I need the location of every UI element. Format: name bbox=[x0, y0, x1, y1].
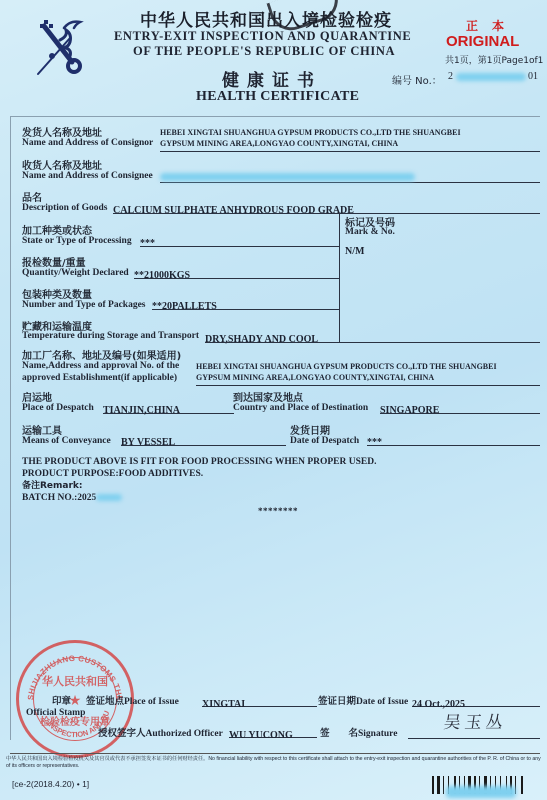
barcode-bar bbox=[517, 776, 520, 794]
consignee-field bbox=[160, 166, 540, 183]
frame-left-border bbox=[10, 116, 11, 740]
destination-field: SINGAPORE bbox=[380, 400, 540, 414]
conveyance-label-cn: 运输工具 bbox=[22, 422, 62, 437]
despatch-place-value: TIANJIN,CHINA bbox=[103, 405, 180, 416]
batch-number-label: BATCH NO.:2025 bbox=[22, 493, 96, 503]
establishment-value-line1: HEBEI XINGTAI SHUANGHUA GYPSUM PRODUCTS … bbox=[196, 361, 540, 372]
place-of-issue-value: XINGTAI bbox=[202, 699, 245, 710]
date-of-issue-field: 24 Oct.,2025 bbox=[412, 694, 540, 707]
temperature-value: DRY,SHADY AND COOL bbox=[205, 334, 318, 345]
despatch-place-label-cn: 启运地 bbox=[22, 389, 52, 404]
packages-value: **20PALLETS bbox=[152, 301, 217, 312]
description-value: CALCIUM SULPHATE ANHYDROUS FOOD GRADE bbox=[113, 205, 354, 216]
statement-fit-for-food: THE PRODUCT ABOVE IS FIT FOR FOOD PROCES… bbox=[22, 456, 376, 469]
conveyance-field: BY VESSEL bbox=[121, 432, 286, 446]
description-label-cn: 品名 bbox=[22, 189, 42, 204]
place-of-issue-label: 签证地点Place of Issue bbox=[86, 693, 179, 707]
footer-divider bbox=[10, 753, 540, 754]
establishment-field: HEBEI XINGTAI SHUANGHUA GYPSUM PRODUCTS … bbox=[196, 361, 540, 386]
certificate-title-cn: 健康证书 bbox=[222, 66, 322, 91]
authorized-officer-label: 授权签字人Authorized Officer bbox=[98, 725, 223, 739]
marks-label-en: Mark & No. bbox=[345, 227, 395, 237]
description-field: CALCIUM SULPHATE ANHYDROUS FOOD GRADE bbox=[113, 200, 540, 214]
authority-name-en-line2: OF THE PEOPLE'S REPUBLIC OF CHINA bbox=[133, 44, 395, 59]
liability-disclaimer: 中华人民共和国出入境检验检疫机关及其官员或代表不承担签发本证书的任何财经责任。N… bbox=[6, 756, 546, 770]
ciq-emblem-icon bbox=[30, 18, 88, 78]
consignee-label-cn: 收货人名称及地址 bbox=[22, 157, 102, 172]
despatch-place-field: TIANJIN,CHINA bbox=[103, 400, 234, 414]
packages-label-en: Number and Type of Packages bbox=[22, 300, 146, 310]
redacted-batch bbox=[96, 494, 122, 501]
processing-label-cn: 加工种类或状态 bbox=[22, 222, 92, 237]
establishment-label-en-line1: Name,Address and approval No. of the bbox=[22, 361, 179, 371]
authorized-officer-field: WU YUCONG bbox=[229, 725, 317, 738]
stamp-label-en: Official Stamp bbox=[26, 708, 85, 718]
processing-label-en: State or Type of Processing bbox=[22, 236, 132, 246]
establishment-label-cn: 加工厂名称、地址及编号(如果适用) bbox=[22, 347, 181, 362]
marks-divider bbox=[339, 214, 340, 342]
description-label-en: Description of Goods bbox=[22, 203, 108, 213]
consignor-label-en: Name and Address of Consignor bbox=[22, 138, 153, 148]
form-code: [ce-2(2018.4.20) • 1] bbox=[12, 779, 89, 789]
despatch-date-label-en: Date of Despatch bbox=[290, 436, 359, 446]
conveyance-label-en: Means of Conveyance bbox=[22, 436, 111, 446]
marks-value: N/M bbox=[345, 246, 364, 257]
redacted-barcode-number bbox=[446, 786, 516, 798]
signature-line bbox=[408, 738, 540, 739]
quantity-field: **21000KGS bbox=[134, 265, 339, 279]
despatch-date-field: *** bbox=[367, 432, 540, 446]
end-marker: ******** bbox=[258, 505, 298, 518]
authorized-officer-value: WU YUCONG bbox=[229, 730, 293, 741]
batch-number: BATCH NO.:2025 bbox=[22, 492, 122, 505]
processing-value: *** bbox=[140, 238, 155, 249]
original-mark-en: ORIGINAL bbox=[446, 33, 519, 50]
barcode-bar bbox=[432, 776, 434, 794]
page-info: 共1页，第1页Page1of1 bbox=[445, 53, 543, 66]
certificate-number-label: 编号 No.： bbox=[392, 72, 442, 87]
signature-label: 签 名Signature bbox=[320, 725, 397, 739]
quantity-label-cn: 报检数量/重量 bbox=[22, 254, 86, 269]
certificate-title-en: HEALTH CERTIFICATE bbox=[196, 89, 359, 105]
date-of-issue-label: 签证日期Date of Issue bbox=[318, 693, 408, 707]
original-mark-cn: 正本 bbox=[466, 17, 518, 34]
quantity-label-en: Quantity/Weight Declared bbox=[22, 268, 129, 278]
certificate-number-suffix: 01 bbox=[528, 71, 538, 82]
certificate-number-prefix: 2 bbox=[448, 71, 453, 82]
despatch-date-value: *** bbox=[367, 437, 382, 448]
barcode-bar bbox=[521, 776, 523, 794]
redacted-consignee bbox=[160, 173, 415, 181]
temperature-label-en: Temperature during Storage and Transport bbox=[22, 331, 199, 341]
destination-label-cn: 到达国家及地点 bbox=[233, 389, 303, 404]
barcode-bar bbox=[435, 776, 436, 794]
consignor-value-line1: HEBEI XINGTAI SHUANGHUA GYPSUM PRODUCTS … bbox=[160, 127, 540, 138]
stamp-label-cn: 印章 bbox=[52, 693, 71, 707]
redacted-number bbox=[456, 73, 526, 81]
despatch-date-label-cn: 发货日期 bbox=[290, 422, 330, 437]
packages-field: **20PALLETS bbox=[152, 296, 339, 310]
consignor-field: HEBEI XINGTAI SHUANGHUA GYPSUM PRODUCTS … bbox=[160, 127, 540, 152]
packages-label-cn: 包装种类及数量 bbox=[22, 286, 92, 301]
establishment-value-line2: GYPSUM MINING AREA,LONGYAO COUNTY,XINGTA… bbox=[196, 372, 540, 383]
barcode-bar bbox=[437, 776, 440, 794]
certificate-number: 2 01 bbox=[448, 71, 544, 82]
authority-name-cn: 中华人民共和国出入境检验检疫 bbox=[140, 6, 392, 31]
remark-label: 备注Remark: bbox=[22, 480, 83, 493]
destination-value: SINGAPORE bbox=[380, 405, 439, 416]
quantity-value: **21000KGS bbox=[134, 270, 190, 281]
establishment-label-en-line2: approved Establishment(if applicable) bbox=[22, 373, 177, 383]
despatch-place-label-en: Place of Despatch bbox=[22, 403, 94, 413]
conveyance-value: BY VESSEL bbox=[121, 437, 175, 448]
statement-product-purpose: PRODUCT PURPOSE:FOOD ADDITIVES. bbox=[22, 468, 203, 481]
barcode-bar bbox=[441, 776, 442, 794]
signature-value: 吴玉丛 bbox=[442, 708, 509, 733]
consignor-value-line2: GYPSUM MINING AREA,LONGYAO COUNTY,XINGTA… bbox=[160, 138, 540, 149]
temperature-field: DRY,SHADY AND COOL bbox=[205, 329, 318, 347]
consignee-label-en: Name and Address of Consignee bbox=[22, 171, 153, 181]
destination-label-en: Country and Place of Destination bbox=[233, 403, 368, 413]
barcode-bar bbox=[443, 776, 444, 794]
consignor-label-cn: 发货人名称及地址 bbox=[22, 124, 102, 139]
authority-name-en-line1: ENTRY-EXIT INSPECTION AND QUARANTINE bbox=[114, 29, 411, 44]
place-of-issue-field: XINGTAI bbox=[202, 694, 317, 707]
frame-top-border bbox=[10, 116, 540, 117]
temperature-underline bbox=[205, 342, 540, 343]
processing-field: *** bbox=[140, 233, 339, 247]
